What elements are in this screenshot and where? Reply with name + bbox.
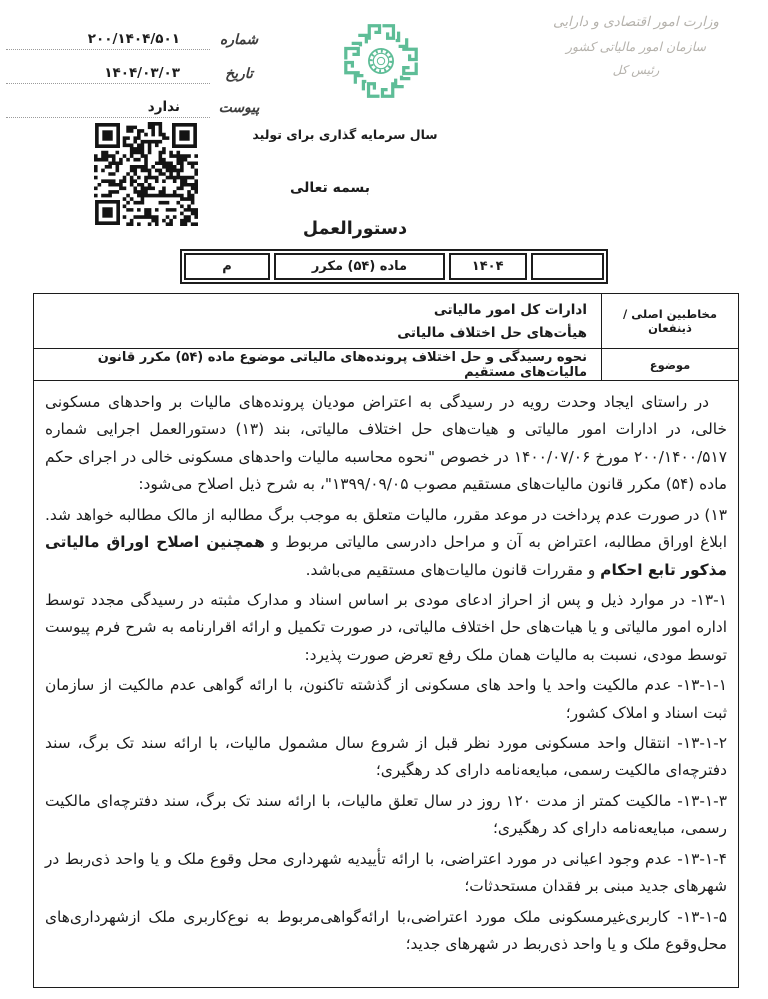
classification-cell-type: م	[184, 253, 270, 280]
qr-code	[94, 122, 198, 226]
audience-row: مخاطبین اصلی / ذینفعان ادارات کل امور ما…	[34, 294, 738, 349]
letter-meta-block: شماره ۲۰۰/۱۴۰۴/۵۰۱ تاریخ ۱۴۰۴/۰۳/۰۳ پیوس…	[6, 16, 268, 118]
classification-cell-year: ۱۴۰۴	[449, 253, 527, 280]
audience-label: مخاطبین اصلی / ذینفعان	[601, 294, 738, 348]
intro-paragraph: در راستای ایجاد وحدت رویه در رسیدگی به ا…	[45, 389, 727, 499]
letter-number-row: شماره ۲۰۰/۱۴۰۴/۵۰۱	[6, 16, 268, 50]
subject-row: موضوع نحوه رسیدگی و حل اختلاف پرونده‌های…	[34, 349, 738, 381]
clause-13-1-3-paragraph: ۱۳-۱-۳- مالکیت کمتر از مدت ۱۲۰ روز در سا…	[45, 788, 727, 843]
letter-attachment-label: پیوست	[210, 100, 268, 118]
letter-attachment-row: پیوست ندارد	[6, 84, 268, 118]
audience-line-1: ادارات کل امور مالیاتی	[48, 299, 587, 322]
letter-date-label: تاریخ	[210, 66, 268, 84]
organization-name: سازمان امور مالیاتی کشور	[518, 39, 754, 54]
clause-13-1-2-paragraph: ۱۳-۱-۲- انتقال واحد مسکونی مورد نظر قبل …	[45, 730, 727, 785]
classification-cell-blank	[531, 253, 605, 280]
letter-number-value: ۲۰۰/۱۴۰۴/۵۰۱	[88, 31, 180, 49]
document-body: در راستای ایجاد وحدت رویه در رسیدگی به ا…	[34, 381, 738, 987]
document-table: مخاطبین اصلی / ذینفعان ادارات کل امور ما…	[33, 293, 739, 988]
letter-date-value: ۱۴۰۴/۰۳/۰۳	[104, 65, 180, 83]
letter-date-row: تاریخ ۱۴۰۴/۰۳/۰۳	[6, 50, 268, 84]
clause-13-1-1-paragraph: ۱۳-۱-۱- عدم مالکیت واحد یا واحد های مسکو…	[45, 672, 727, 727]
official-letter-page: شماره ۲۰۰/۱۴۰۴/۵۰۱ تاریخ ۱۴۰۴/۰۳/۰۳ پیوس…	[0, 0, 768, 999]
clause-13-paragraph: ۱۳) در صورت عدم پرداخت در موعد مقرر، مال…	[45, 502, 727, 584]
tax-administration-logo-icon	[328, 17, 434, 105]
classification-table: ۱۴۰۴ ماده (۵۴) مکرر م	[180, 249, 608, 284]
dotted-leader: ۲۰۰/۱۴۰۴/۵۰۱	[6, 26, 210, 50]
audience-content: ادارات کل امور مالیاتی هیأت‌های حل اختلا…	[34, 294, 601, 348]
classification-cell-article: ماده (۵۴) مکرر	[274, 253, 445, 280]
dotted-leader: ندارد	[6, 94, 210, 118]
subject-content: نحوه رسیدگی و حل اختلاف پرونده‌های مالیا…	[34, 349, 601, 380]
letter-number-label: شماره	[210, 32, 268, 50]
clause-13-1-5-paragraph: ۱۳-۱-۵- کاربری‌غیرمسکونی ملک مورد اعتراض…	[45, 904, 727, 959]
clause-13-1-4-paragraph: ۱۳-۱-۴- عدم وجود اعیانی در مورد اعتراضی،…	[45, 846, 727, 901]
ministry-name: وزارت امور اقتصادی و دارایی	[518, 14, 754, 30]
audience-line-2: هیأت‌های حل اختلاف مالیاتی	[48, 322, 587, 345]
clause-13-text-end: و مقررات قانون مالیات‌های مستقیم می‌باشد…	[306, 561, 601, 579]
dotted-leader: ۱۴۰۴/۰۳/۰۳	[6, 60, 210, 84]
subject-label: موضوع	[601, 349, 738, 380]
clause-13-1-paragraph: ۱۳-۱- در موارد ذیل و پس از احراز ادعای م…	[45, 587, 727, 669]
office-name: رئیس کل	[518, 63, 754, 77]
letter-attachment-value: ندارد	[148, 99, 180, 117]
ministry-heading-block: وزارت امور اقتصادی و دارایی سازمان امور …	[518, 14, 754, 77]
